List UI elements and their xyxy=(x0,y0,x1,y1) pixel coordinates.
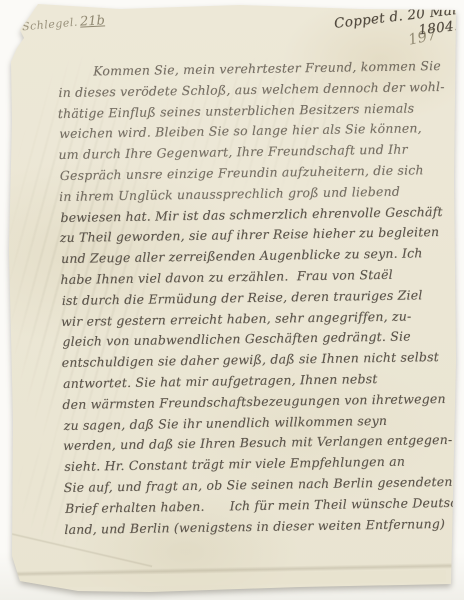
dateline: Coppet d. 20 Mai 1804. xyxy=(297,2,460,52)
letter-body: Kommen Sie, mein verehrtester Freund, ko… xyxy=(57,56,462,541)
paper-shadow: Schlegel. 21b 197 Coppet d. 20 Mai 1804.… xyxy=(0,0,464,600)
archive-name-annotation: Schlegel. xyxy=(22,16,79,34)
archive-number-annotation: 21b xyxy=(80,13,106,29)
scanned-letter-page: Schlegel. 21b 197 Coppet d. 20 Mai 1804.… xyxy=(0,0,464,600)
letter-sheet: Schlegel. 21b 197 Coppet d. 20 Mai 1804.… xyxy=(0,0,464,600)
